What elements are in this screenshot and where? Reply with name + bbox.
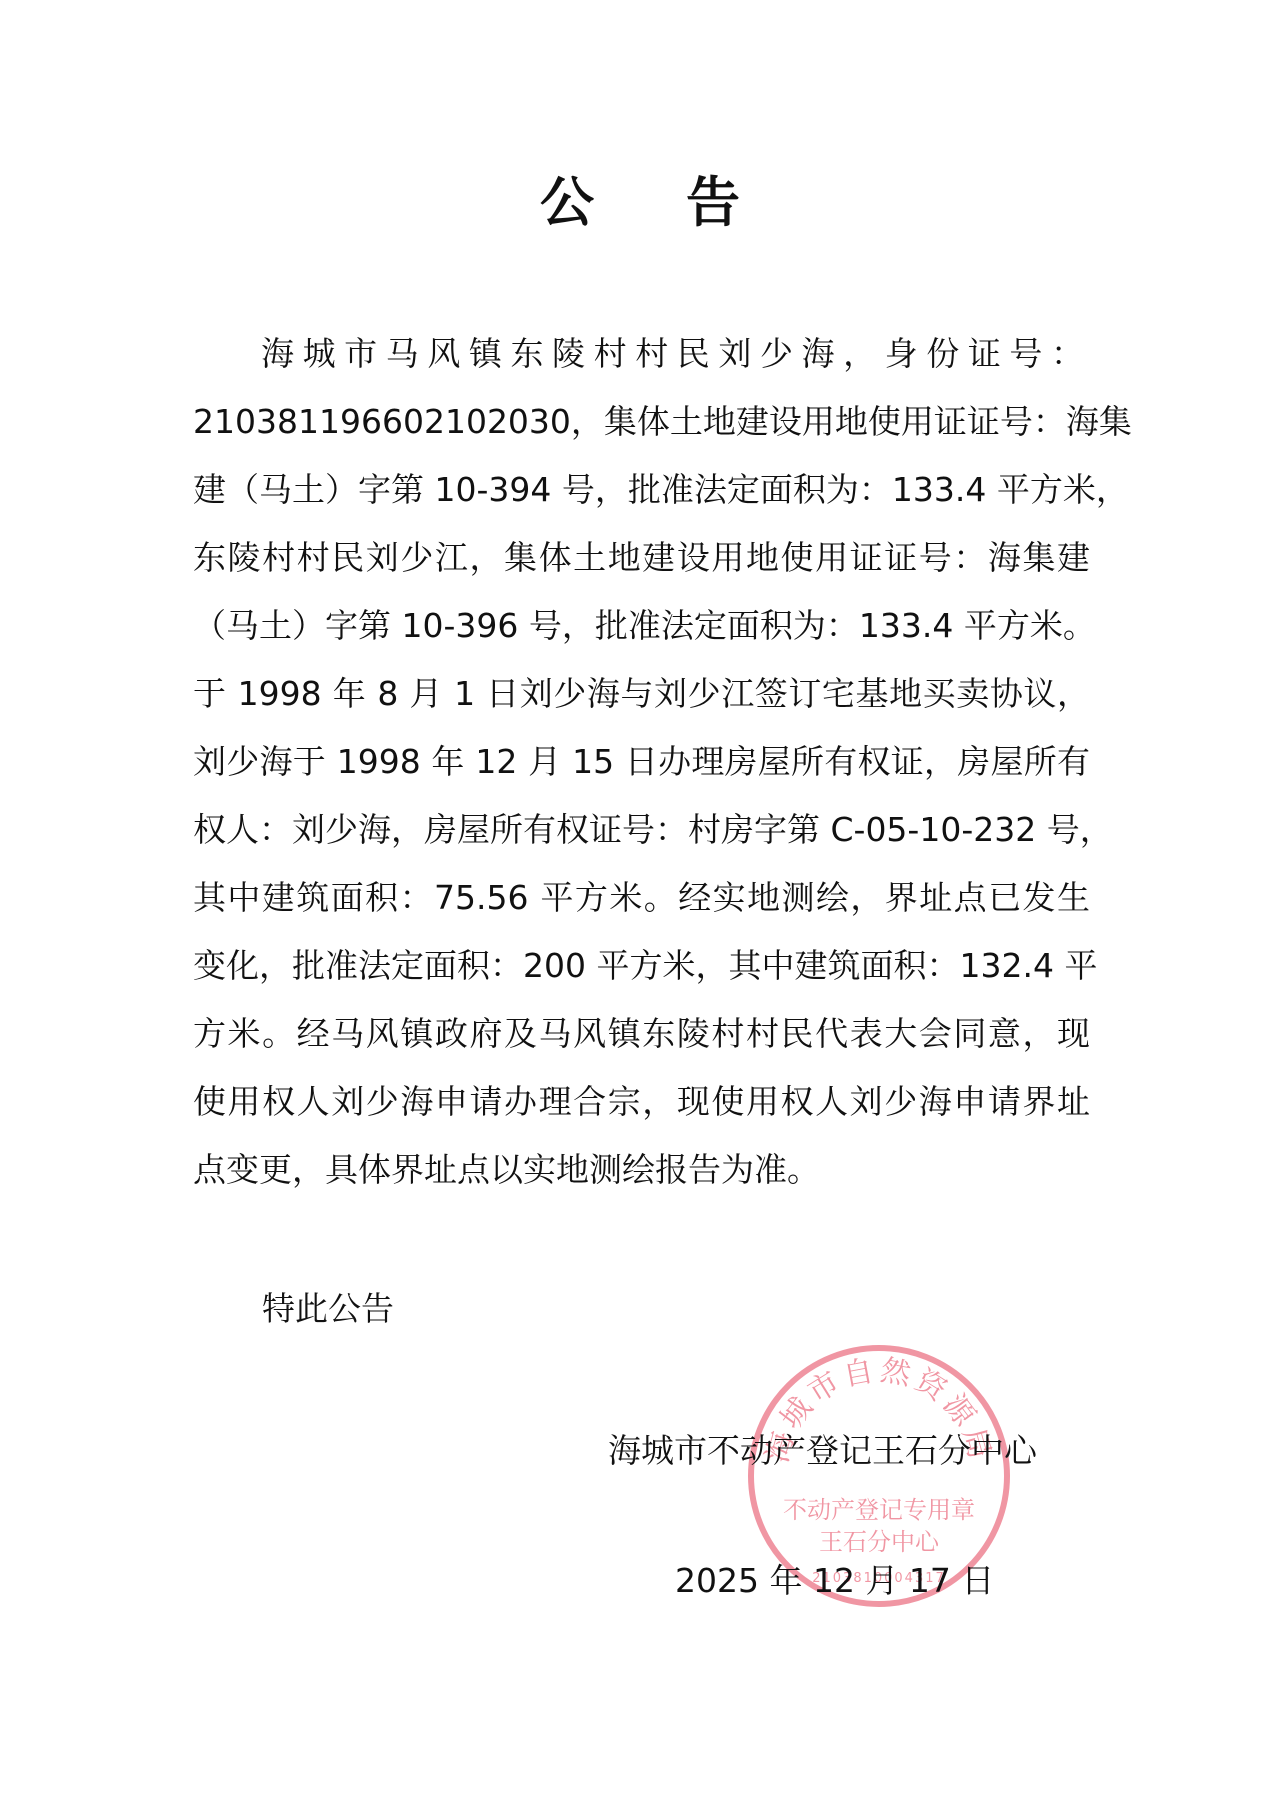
body-line: 点变更，具体界址点以实地测绘报告为准。 [193, 1136, 1090, 1204]
body-line: 变化，批准法定面积：200 平方米，其中建筑面积：132.4 平 [193, 932, 1090, 1000]
body-line: 海城市马风镇东陵村村民刘少海，身份证号： [193, 320, 1090, 388]
issuing-authority: 海城市不动产登记王石分中心 [608, 1425, 1037, 1472]
body-line: 东陵村村民刘少江，集体土地建设用地使用证证号：海集建 [193, 524, 1090, 592]
body-line: 刘少海于 1998 年 12 月 15 日办理房屋所有权证，房屋所有 [193, 728, 1090, 796]
seal-line-2: 王石分中心 [819, 1528, 940, 1556]
announcement-body: 海城市马风镇东陵村村民刘少海，身份证号： 210381196602102030，… [193, 320, 1090, 1204]
body-line: 210381196602102030，集体土地建设用地使用证证号：海集 [193, 388, 1090, 456]
body-line: 于 1998 年 8 月 1 日刘少海与刘少江签订宅基地买卖协议， [193, 660, 1090, 728]
body-line: （马土）字第 10-396 号，批准法定面积为：133.4 平方米。 [193, 592, 1090, 660]
document-title: 公告 [0, 160, 1280, 237]
body-line: 使用权人刘少海申请办理合宗，现使用权人刘少海申请界址 [193, 1068, 1090, 1136]
body-line: 权人：刘少海，房屋所有权证号：村房字第 C-05-10-232 号， [193, 796, 1090, 864]
seal-line-1: 不动产登记专用章 [783, 1496, 975, 1524]
body-line: 建（马土）字第 10-394 号，批准法定面积为：133.4 平方米， [193, 456, 1090, 524]
body-line: 方米。经马风镇政府及马风镇东陵村村民代表大会同意，现 [193, 1000, 1090, 1068]
closing-phrase: 特此公告 [262, 1283, 394, 1330]
issue-date: 2025 年 12 月 17 日 [675, 1555, 994, 1602]
title-char-1: 公 [540, 170, 594, 234]
title-char-2: 告 [686, 170, 740, 234]
body-line: 其中建筑面积：75.56 平方米。经实地测绘，界址点已发生 [193, 864, 1090, 932]
